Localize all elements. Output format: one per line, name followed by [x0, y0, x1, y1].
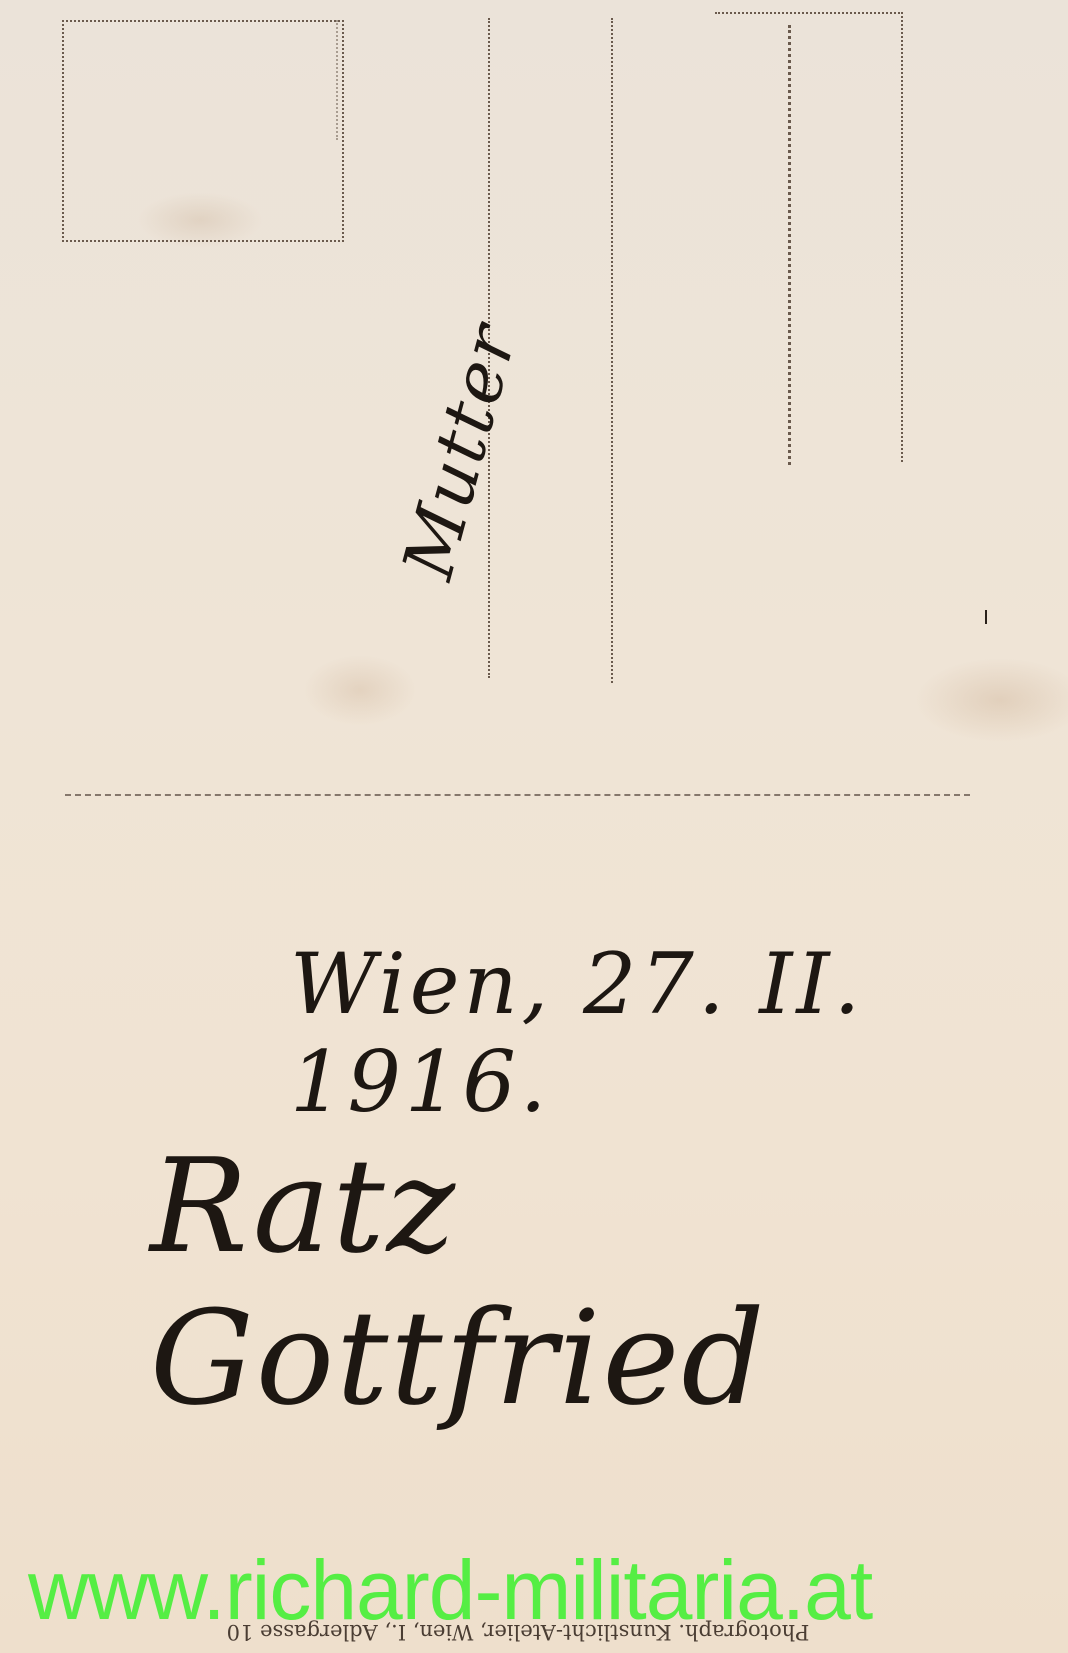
signature-handwriting: Ratz Gottfried [150, 1130, 1068, 1434]
address-line-4 [901, 12, 903, 462]
address-line-3 [788, 25, 791, 465]
address-top-line [715, 12, 900, 14]
ink-speck [985, 610, 987, 624]
stamp-placeholder-box [62, 20, 344, 242]
address-line-2 [611, 18, 613, 683]
postcard-back: Mutter Wien, 27. II. 1916. Ratz Gottfrie… [0, 0, 1068, 1653]
printer-imprint: Photograph. Kunstlicht-Atelier, Wien, I.… [158, 1620, 878, 1644]
recipient-handwriting: Mutter [387, 315, 533, 587]
place-date-handwriting: Wien, 27. II. 1916. [290, 935, 1068, 1131]
horizontal-divider [65, 794, 970, 796]
stamp-box-inner-line [336, 20, 338, 140]
